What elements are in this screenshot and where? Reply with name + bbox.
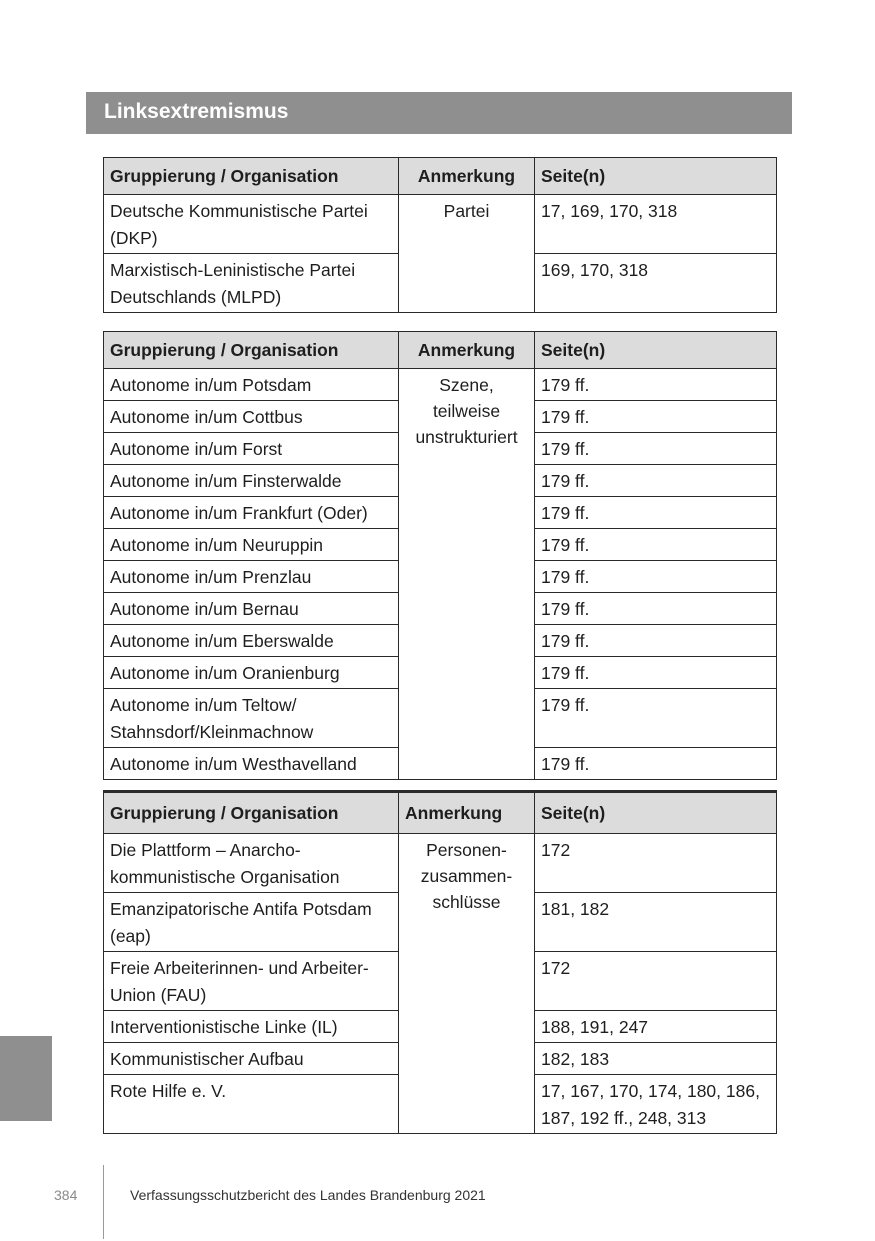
header-pages: Seite(n): [535, 158, 777, 195]
page-refs: 17, 169, 170, 318: [535, 195, 777, 254]
group-name: Emanzipatorische Antifa Potsdam (eap): [104, 893, 399, 952]
group-name: Autonome in/um Teltow/ Stahnsdorf/Kleinm…: [104, 689, 399, 748]
group-name: Autonome in/um Potsdam: [104, 369, 399, 401]
group-name: Kommunistischer Aufbau: [104, 1043, 399, 1075]
group-name: Autonome in/um Prenzlau: [104, 561, 399, 593]
page-refs: 179 ff.: [535, 497, 777, 529]
footer-title: Verfassungsschutzbericht des Landes Bran…: [130, 1187, 486, 1203]
page-refs: 179 ff.: [535, 689, 777, 748]
group-name: Autonome in/um Finsterwalde: [104, 465, 399, 497]
page-refs: 182, 183: [535, 1043, 777, 1075]
page-refs: 179 ff.: [535, 433, 777, 465]
page-refs: 179 ff.: [535, 369, 777, 401]
table-header-row: Gruppierung / Organisation Anmerkung Sei…: [104, 158, 777, 195]
table-row: Deutsche Kommunistische Partei (DKP) Par…: [104, 195, 777, 254]
chapter-thumb-tab: [0, 1036, 52, 1121]
page-refs: 179 ff.: [535, 625, 777, 657]
header-pages: Seite(n): [535, 792, 777, 834]
note-cell: Personen-zusammen-schlüsse: [399, 834, 535, 1134]
header-pages: Seite(n): [535, 332, 777, 369]
group-name: Die Plattform – Anarcho-kommunistische O…: [104, 834, 399, 893]
group-name: Deutsche Kommunistische Partei (DKP): [104, 195, 399, 254]
page-refs: 169, 170, 318: [535, 254, 777, 313]
page-refs: 179 ff.: [535, 561, 777, 593]
table-header-row: Gruppierung / Organisation Anmerkung Sei…: [104, 332, 777, 369]
group-name: Autonome in/um Cottbus: [104, 401, 399, 433]
page-refs: 172: [535, 952, 777, 1011]
group-name: Freie Arbeiterinnen- und Arbeiter-Union …: [104, 952, 399, 1011]
group-name: Autonome in/um Eberswalde: [104, 625, 399, 657]
page-refs: 172: [535, 834, 777, 893]
header-note: Anmerkung: [399, 332, 535, 369]
group-name: Autonome in/um Frankfurt (Oder): [104, 497, 399, 529]
header-group: Gruppierung / Organisation: [104, 792, 399, 834]
group-name: Autonome in/um Forst: [104, 433, 399, 465]
table-row: Die Plattform – Anarcho-kommunistische O…: [104, 834, 777, 893]
page-refs: 179 ff.: [535, 465, 777, 497]
table-autonome: Gruppierung / Organisation Anmerkung Sei…: [103, 331, 777, 780]
footer-divider: [103, 1165, 104, 1239]
header-group: Gruppierung / Organisation: [104, 158, 399, 195]
page-refs: 179 ff.: [535, 748, 777, 780]
section-title-banner: Linksextremismus: [86, 92, 792, 134]
page-refs: 179 ff.: [535, 657, 777, 689]
page-number: 384: [54, 1187, 77, 1203]
page-refs: 179 ff.: [535, 401, 777, 433]
header-note: Anmerkung: [399, 158, 535, 195]
group-name: Interventionistische Linke (IL): [104, 1011, 399, 1043]
group-name: Autonome in/um Neuruppin: [104, 529, 399, 561]
note-cell: Szene, teilweise unstrukturiert: [399, 369, 535, 780]
group-name: Marxistisch-Leninistische Partei Deutsch…: [104, 254, 399, 313]
page-refs: 181, 182: [535, 893, 777, 952]
group-name: Autonome in/um Oranienburg: [104, 657, 399, 689]
page-refs: 179 ff.: [535, 529, 777, 561]
table-personenzusammenschluesse: Gruppierung / Organisation Anmerkung Sei…: [103, 790, 777, 1134]
table-parteien: Gruppierung / Organisation Anmerkung Sei…: [103, 157, 777, 313]
group-name: Autonome in/um Bernau: [104, 593, 399, 625]
group-name: Autonome in/um Westhavelland: [104, 748, 399, 780]
table-row: Autonome in/um PotsdamSzene, teilweise u…: [104, 369, 777, 401]
page-refs: 188, 191, 247: [535, 1011, 777, 1043]
note-cell: Partei: [399, 195, 535, 313]
header-note: Anmerkung: [399, 792, 535, 834]
group-name: Rote Hilfe e. V.: [104, 1075, 399, 1134]
page-refs: 17, 167, 170, 174, 180, 186, 187, 192 ff…: [535, 1075, 777, 1134]
header-group: Gruppierung / Organisation: [104, 332, 399, 369]
table-header-row: Gruppierung / Organisation Anmerkung Sei…: [104, 792, 777, 834]
page-refs: 179 ff.: [535, 593, 777, 625]
